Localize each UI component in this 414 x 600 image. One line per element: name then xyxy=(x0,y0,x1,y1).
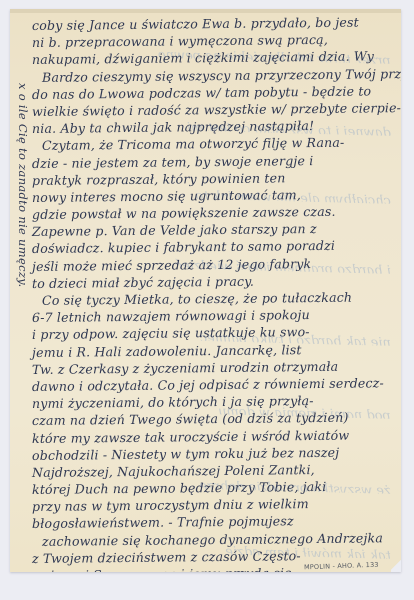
torn-corner xyxy=(391,558,401,572)
letter-body: coby się Jance u światczo Ewa b. przydał… xyxy=(32,17,395,572)
letter-page: przez teraz jak dla ciebie na pewno dawn… xyxy=(10,9,401,572)
margin-note: x o ile Cię to zanadto nie umęczy. xyxy=(16,83,30,287)
